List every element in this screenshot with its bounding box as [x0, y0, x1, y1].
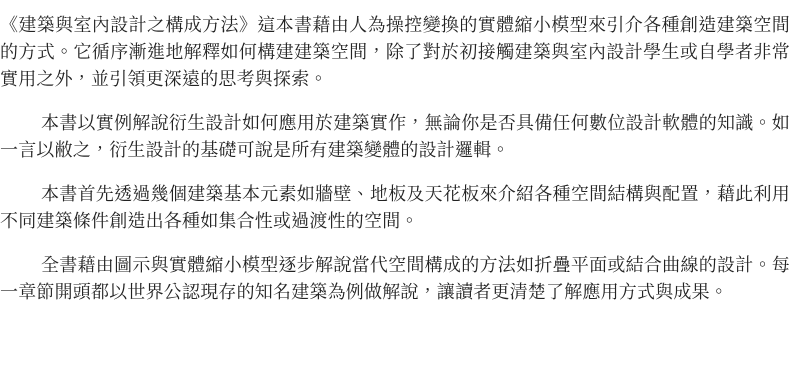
- paragraph-examples: 全書藉由圖示與實體縮小模型逐步解說當代空間構成的方法如折疊平面或結合曲線的設計。…: [0, 252, 790, 306]
- paragraph-generative-design: 本書以實例解說衍生設計如何應用於建築實作，無論你是否具備任何數位設計軟體的知識。…: [0, 110, 790, 164]
- paragraph-intro: 《建築與室內設計之構成方法》這本書藉由人為操控變換的實體縮小模型來引介各種創造建…: [0, 12, 790, 93]
- document-body: 《建築與室內設計之構成方法》這本書藉由人為操控變換的實體縮小模型來引介各種創造建…: [0, 0, 790, 306]
- paragraph-basic-elements: 本書首先透過幾個建築基本元素如牆壁、地板及天花板來介紹各種空間結構與配置，藉此利…: [0, 181, 790, 235]
